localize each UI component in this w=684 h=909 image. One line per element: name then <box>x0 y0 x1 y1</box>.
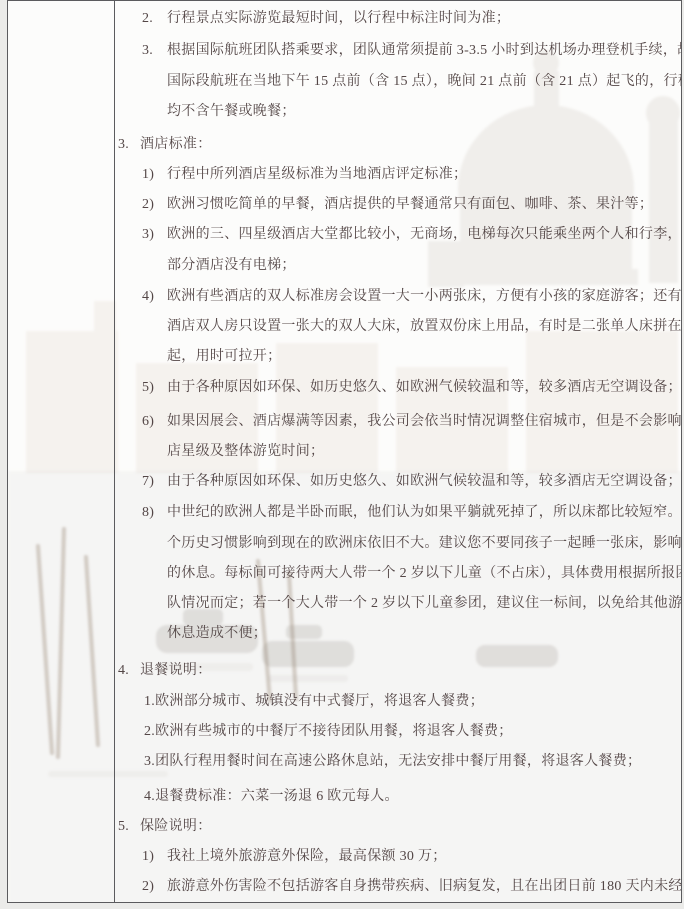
page-sheet: 2.行程景点实际游览最短时间，以行程中标注时间为准；3.根据国际航班团队搭乘要求… <box>7 0 682 903</box>
document-viewport: { "page": { "kind": "travel-itinerary-te… <box>0 0 684 909</box>
list-item-text: 2.欧洲有些城市的中餐厅不接待团队用餐，将退客人餐费； <box>144 724 513 739</box>
text-line: 2)欧洲习惯吃简单的早餐，酒店提供的早餐通常只有面包、咖啡、茶、果汁等； <box>142 195 653 214</box>
table-cell-divider <box>114 1 115 902</box>
list-item-text: 旅游意外伤害险不包括游客自身携带疾病、旧病复发，且在出团日前 180 天内未经过 <box>167 879 682 894</box>
text-line: 酒店双人房只设置一张大的双人大床，放置双份床上用品，有时是二张单人床拼在一 <box>167 317 682 336</box>
text-line: 的休息。每标间可接待两大人带一个 2 岁以下儿童（不占床），具体费用根据所报团 <box>167 564 682 583</box>
text-line: 6)如果因展会、酒店爆满等因素，我公司会依当时情况调整住宿城市，但是不会影响酒 <box>142 412 682 431</box>
list-item-text: 1.欧洲部分城市、城镇没有中式餐厅，将退客人餐费； <box>144 694 484 709</box>
text-line: 5)由于各种原因如环保、如历史悠久、如欧洲气候较温和等，较多酒店无空调设备； <box>142 378 682 397</box>
text-line: 部分酒店没有电梯； <box>167 256 296 275</box>
text-line: 队情况而定；若一个大人带一个 2 岁以下儿童参团，建议住一标间，以免给其他游客 <box>167 594 682 613</box>
list-item-text: 个历史习惯影响到现在的欧洲床依旧不大。建议您不要同孩子一起睡一张床，影响您 <box>167 536 682 551</box>
list-item-text: 4.退餐费标准：六菜一汤退 6 欧元每人。 <box>144 789 399 804</box>
list-item-number: 2) <box>142 195 167 214</box>
list-item-text: 部分酒店没有电梯； <box>167 258 296 273</box>
list-item-text: 由于各种原因如环保、如历史悠久、如欧洲气候较温和等，较多酒店无空调设备； <box>167 474 682 489</box>
text-line: 休息造成不便； <box>167 624 267 643</box>
list-item-number: 3. <box>142 41 167 60</box>
list-item-number: 5. <box>118 817 140 836</box>
list-item-text: 3.团队行程用餐时间在高速公路休息站，无法安排中餐厅用餐，将退客人餐费； <box>144 754 641 769</box>
text-line: 2)旅游意外伤害险不包括游客自身携带疾病、旧病复发，且在出团日前 180 天内未… <box>142 877 682 896</box>
list-item-text: 店星级及整体游览时间； <box>167 444 324 459</box>
list-item-text: 欧洲的三、四星级酒店大堂都比较小，无商场，电梯每次只能乘坐两个人和行李，大 <box>167 227 682 242</box>
list-item-text: 酒店标准： <box>140 137 212 152</box>
text-line: 1)行程中所列酒店星级标准为当地酒店评定标准； <box>142 165 467 184</box>
list-item-text: 行程中所列酒店星级标准为当地酒店评定标准； <box>167 167 467 182</box>
list-item-text: 起，用时可拉开； <box>167 349 281 364</box>
list-item-text: 队情况而定；若一个大人带一个 2 岁以下儿童参团，建议住一标间，以免给其他游客 <box>167 596 682 611</box>
list-item-number: 8) <box>142 503 167 522</box>
list-item-number: 3) <box>142 225 167 244</box>
text-line: 店星级及整体游览时间； <box>167 442 324 461</box>
list-item-number: 2. <box>142 9 167 28</box>
list-item-number: 7) <box>142 472 167 491</box>
list-item-text: 如果因展会、酒店爆满等因素，我公司会依当时情况调整住宿城市，但是不会影响酒 <box>167 414 682 429</box>
text-line: 8)中世纪的欧洲人都是半卧而眠，他们认为如果平躺就死掉了，所以床都比较短窄。这 <box>142 503 682 522</box>
list-item-text: 根据国际航班团队搭乘要求，团队通常须提前 3-3.5 小时到达机场办理登机手续，… <box>167 43 682 58</box>
list-item-text: 欧洲习惯吃简单的早餐，酒店提供的早餐通常只有面包、咖啡、茶、果汁等； <box>167 197 653 212</box>
list-item-text: 酒店双人房只设置一张大的双人大床，放置双份床上用品，有时是二张单人床拼在一 <box>167 319 682 334</box>
list-item-text: 休息造成不便； <box>167 626 267 641</box>
list-item-text: 退餐说明： <box>140 663 212 678</box>
text-line: 3)欧洲的三、四星级酒店大堂都比较小，无商场，电梯每次只能乘坐两个人和行李，大 <box>142 225 682 244</box>
list-item-text: 欧洲有些酒店的双人标准房会设置一大一小两张床，方便有小孩的家庭游客；还有些 <box>167 289 682 304</box>
list-item-number: 6) <box>142 412 167 431</box>
text-line: 个历史习惯影响到现在的欧洲床依旧不大。建议您不要同孩子一起睡一张床，影响您 <box>167 534 682 553</box>
text-line: 5.保险说明： <box>118 817 212 836</box>
text-line: 3.团队行程用餐时间在高速公路休息站，无法安排中餐厅用餐，将退客人餐费； <box>144 752 641 771</box>
text-line: 起，用时可拉开； <box>167 347 281 366</box>
list-item-text: 由于各种原因如环保、如历史悠久、如欧洲气候较温和等，较多酒店无空调设备； <box>167 380 682 395</box>
text-line: 4.退餐费标准：六菜一汤退 6 欧元每人。 <box>144 787 399 806</box>
text-line: 4.退餐说明： <box>118 661 212 680</box>
list-item-text: 保险说明： <box>140 819 212 834</box>
text-line: 3.酒店标准： <box>118 135 212 154</box>
text-line: 7)由于各种原因如环保、如历史悠久、如欧洲气候较温和等，较多酒店无空调设备； <box>142 472 682 491</box>
list-item-text: 中世纪的欧洲人都是半卧而眠，他们认为如果平躺就死掉了，所以床都比较短窄。这 <box>167 505 682 520</box>
list-item-number: 1) <box>142 165 167 184</box>
text-line: 4)欧洲有些酒店的双人标准房会设置一大一小两张床，方便有小孩的家庭游客；还有些 <box>142 287 682 306</box>
text-line: 2.行程景点实际游览最短时间，以行程中标注时间为准； <box>142 9 510 28</box>
list-item-text: 的休息。每标间可接待两大人带一个 2 岁以下儿童（不占床），具体费用根据所报团 <box>167 566 682 581</box>
list-item-number: 2) <box>142 877 167 896</box>
list-item-number: 4) <box>142 287 167 306</box>
list-item-text: 均不含午餐或晚餐； <box>167 104 296 119</box>
list-item-number: 5) <box>142 378 167 397</box>
text-line: 1.欧洲部分城市、城镇没有中式餐厅，将退客人餐费； <box>144 692 484 711</box>
list-item-number: 1) <box>142 847 167 866</box>
text-line: 1)我社上境外旅游意外保险，最高保额 30 万； <box>142 847 447 866</box>
text-line: 国际段航班在当地下午 15 点前（含 15 点），晚间 21 点前（含 21 点… <box>167 72 682 91</box>
text-line: 均不含午餐或晚餐； <box>167 102 296 121</box>
list-item-text: 我社上境外旅游意外保险，最高保额 30 万； <box>167 849 447 864</box>
list-item-text: 行程景点实际游览最短时间，以行程中标注时间为准； <box>167 11 510 26</box>
list-item-text: 国际段航班在当地下午 15 点前（含 15 点），晚间 21 点前（含 21 点… <box>167 74 682 89</box>
list-item-number: 3. <box>118 135 140 154</box>
list-item-number: 4. <box>118 661 140 680</box>
text-line: 2.欧洲有些城市的中餐厅不接待团队用餐，将退客人餐费； <box>144 722 513 741</box>
text-line: 3.根据国际航班团队搭乘要求，团队通常须提前 3-3.5 小时到达机场办理登机手… <box>142 41 682 60</box>
